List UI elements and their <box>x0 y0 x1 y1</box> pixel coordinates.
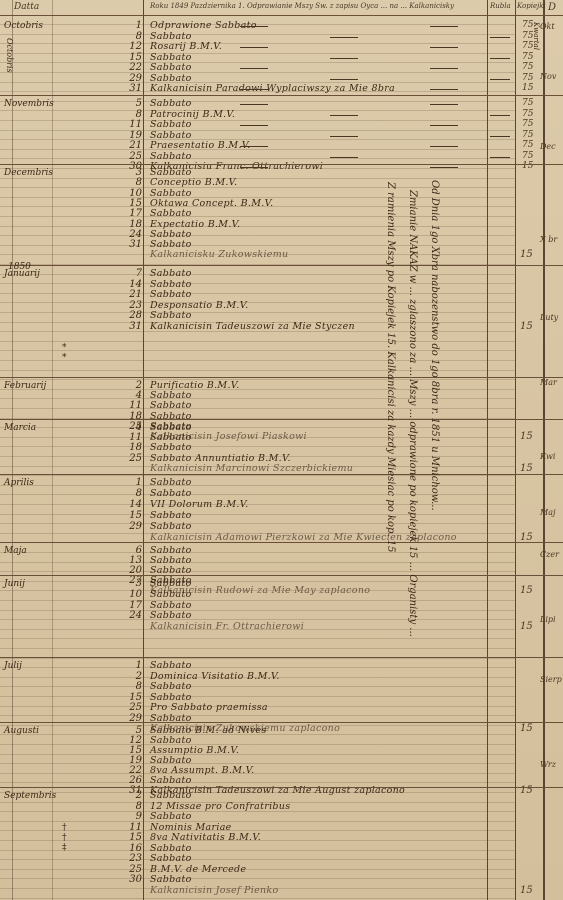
entry-day: 17 <box>100 600 142 611</box>
filler-dash <box>490 79 510 80</box>
entry-text: Desponsatio B.M.V. <box>150 300 249 311</box>
oct-bracket-note: Octobris <box>5 38 14 73</box>
filler-dash <box>490 157 510 158</box>
ruled-line <box>0 149 515 150</box>
entry-text: Kalkanicisin Josef Pienko <box>150 885 279 896</box>
ruled-line <box>0 581 515 582</box>
entry-day: 3 <box>100 578 142 589</box>
ruled-line <box>0 158 515 159</box>
entry-day: 1 <box>100 660 142 671</box>
ruled-line <box>0 571 515 572</box>
kopeck-amount: 75 <box>522 109 533 119</box>
ruled-line <box>0 715 515 716</box>
month-divider <box>0 95 563 96</box>
ruled-line <box>0 130 515 131</box>
filler-dash <box>240 47 268 48</box>
kopeck-amount: 15 <box>522 161 533 171</box>
month-divider <box>0 474 563 475</box>
side-margin-label: X br <box>540 235 557 244</box>
entry-text: 12 Missae pro Confratribus <box>150 801 290 812</box>
entry-text: Sabbato <box>150 130 192 141</box>
ruled-line <box>0 110 515 111</box>
ruled-line <box>0 562 515 563</box>
kopeck-amount: 15 <box>520 321 533 332</box>
month-label: Maja <box>4 546 27 556</box>
entry-text: Sabbato <box>150 477 192 488</box>
vertical-note-3: Z ramienia Mszy po Kopiejek 15. Kalkanic… <box>385 182 396 553</box>
filler-dash <box>330 79 358 80</box>
side-margin-label: Wrz <box>540 760 556 769</box>
kopeck-amount: 15 <box>522 83 533 93</box>
kopeck-amount: 75 <box>522 62 533 72</box>
entry-day: 25 <box>100 453 142 464</box>
ruled-line <box>0 139 515 140</box>
entry-day: 31 <box>100 321 142 332</box>
entry-text: Sabbato <box>150 600 192 611</box>
desc-rubles-divider <box>487 0 488 900</box>
kopeck-amount: 15 <box>520 885 533 896</box>
ruled-line <box>0 850 515 851</box>
entry-day: 23 <box>100 300 142 311</box>
entry-day: 12 <box>100 41 142 52</box>
month-label: Decembris <box>4 168 53 178</box>
month-label: Marcia <box>4 423 36 433</box>
filler-dash <box>490 115 510 116</box>
entry-text: 8va Nativitatis B.M.V. <box>150 832 261 843</box>
filler-dash <box>240 167 268 168</box>
ruled-line <box>0 754 515 755</box>
header-kopecks: Kopiejki <box>517 2 546 10</box>
filler-dash <box>240 146 268 147</box>
entry-day: 8 <box>100 801 142 812</box>
entry-text: Nominis Mariae <box>150 822 232 833</box>
oct-side-note: Kwartal <box>532 22 540 50</box>
entry-day: 8 <box>100 488 142 499</box>
entry-day: 10 <box>100 589 142 600</box>
ruled-line <box>0 178 515 179</box>
kopeck-amount: 75 <box>522 98 533 108</box>
ruled-line <box>0 600 515 601</box>
entry-text: Sabbato <box>150 510 192 521</box>
entry-text: Sabbato <box>150 811 192 822</box>
entry-text: Sabbato <box>150 660 192 671</box>
filler-dash <box>240 26 268 27</box>
entry-day: 31 <box>100 239 142 250</box>
year-marker: 1850 <box>8 262 31 272</box>
filler-dash <box>330 115 358 116</box>
ruled-line <box>0 782 515 783</box>
side-margin-label: Mar <box>540 378 557 387</box>
entry-day: 8 <box>100 109 142 120</box>
entry-text: Sabbato <box>150 610 192 621</box>
entry-text: Sabbato <box>150 52 192 63</box>
month-label: Septembris <box>4 791 56 801</box>
entry-text: Praesentatio B.M.V. <box>150 140 251 151</box>
entry-day: 15 <box>100 832 142 843</box>
entry-day: 11 <box>100 119 142 130</box>
ruled-line <box>0 859 515 860</box>
filler-dash <box>330 37 358 38</box>
filler-dash <box>490 58 510 59</box>
ruled-line <box>0 744 515 745</box>
header-date: Datta <box>14 2 39 12</box>
side-margin-label: Czer <box>540 550 559 559</box>
side-margin-label: Dec <box>540 142 556 151</box>
margin-mark-icon: ‡ <box>62 843 67 853</box>
entry-text: Rosarij B.M.V. <box>150 41 222 52</box>
ruled-line <box>0 53 515 54</box>
entry-day: 22 <box>100 62 142 73</box>
month-label: Aprilis <box>4 478 34 488</box>
ruled-line <box>0 24 515 25</box>
margin-mark-icon: * <box>62 343 67 353</box>
filler-dash <box>430 68 458 69</box>
entry-text: Kalkanicisin Paradowi Wyplaciwszy za Mie… <box>150 83 395 94</box>
kopeck-amount: 15 <box>520 249 533 260</box>
vertical-note-2: Zmianie NAKAZ w ... zglaszono za ... Msz… <box>407 190 418 637</box>
month-divider <box>0 419 563 420</box>
filler-dash <box>490 37 510 38</box>
entry-day: 1 <box>100 477 142 488</box>
filler-dash <box>490 136 510 137</box>
month-label: Junij <box>4 579 25 589</box>
ruled-line <box>0 898 515 899</box>
entry-text: Sabbato <box>150 874 192 885</box>
ruled-line <box>0 696 515 697</box>
entry-day: 21 <box>100 140 142 151</box>
entry-text: Sabbato <box>150 692 192 703</box>
month-label: Augusti <box>4 726 39 736</box>
entry-day: 15 <box>100 510 142 521</box>
side-margin-label: Lipi <box>540 615 556 624</box>
entry-day: 11 <box>100 822 142 833</box>
entry-text: Sabbato <box>150 98 192 109</box>
entry-day: 30 <box>100 874 142 885</box>
entry-day: 28 <box>100 310 142 321</box>
entry-text: Sabbato <box>150 279 192 290</box>
month-label: Julij <box>4 661 22 671</box>
ruled-line <box>0 610 515 611</box>
ruled-line <box>0 638 515 639</box>
entry-day: 25 <box>100 151 142 162</box>
month-divider <box>0 377 563 378</box>
filler-dash <box>430 26 458 27</box>
entry-day: 19 <box>100 130 142 141</box>
ruled-line <box>0 101 515 102</box>
entry-day: 2 <box>100 790 142 801</box>
entry-day: 25 <box>100 702 142 713</box>
header-divider <box>0 15 563 16</box>
month-divider <box>0 787 563 788</box>
ruled-line <box>0 552 515 553</box>
entry-text: Sabbato <box>150 790 192 801</box>
entry-text: Dominica Visitatio B.M.V. <box>150 671 280 682</box>
kopeck-amount: 75 <box>522 73 533 83</box>
ledger-page: Datta Roku 1849 Pazdziernika 1. Odprawia… <box>0 0 563 900</box>
entry-day: 15 <box>100 52 142 63</box>
kopeck-amount: 75 <box>522 130 533 140</box>
month-divider <box>0 575 563 576</box>
entry-text: Sabbato <box>150 310 192 321</box>
month-divider <box>0 265 563 266</box>
entry-day: 5 <box>100 98 142 109</box>
filler-dash <box>240 125 268 126</box>
filler-dash <box>430 167 458 168</box>
filler-dash <box>430 89 458 90</box>
header-description: Roku 1849 Pazdziernika 1. Odprawianie Ms… <box>150 2 480 10</box>
entry-text: VII Dolorum B.M.V. <box>150 499 249 510</box>
rubles-kop-divider <box>515 0 516 900</box>
filler-dash <box>240 68 268 69</box>
entry-day: 24 <box>100 610 142 621</box>
entry-text: Kalkanicisin Fr. Ottrachierowi <box>150 621 304 632</box>
entry-day: 23 <box>100 853 142 864</box>
kopeck-amount: 15 <box>520 585 533 596</box>
entry-day: 29 <box>100 521 142 532</box>
filler-dash <box>330 58 358 59</box>
date-desc-divider <box>143 0 144 900</box>
margin-mark-icon: * <box>62 353 67 363</box>
ruled-line <box>0 821 515 822</box>
month-divider <box>0 542 563 543</box>
margin-line <box>12 0 13 900</box>
entry-text: Sabbato <box>150 31 192 42</box>
entry-text: Sabbato <box>150 488 192 499</box>
kopeck-amount: 75 <box>522 119 533 129</box>
month-divider <box>0 164 563 165</box>
entry-day: 31 <box>100 83 142 94</box>
filler-dash <box>430 146 458 147</box>
entry-text: Kalkanicisin Tadeuszowi za Mie Styczen <box>150 321 355 332</box>
entry-text: B.M.V. de Mercede <box>150 864 246 875</box>
entry-text: Sabbato <box>150 578 192 589</box>
margin-mark-icon: † <box>62 823 67 833</box>
entry-day: 1 <box>100 20 142 31</box>
filler-dash <box>430 104 458 105</box>
entry-day: 25 <box>100 864 142 875</box>
entry-day: 16 <box>100 843 142 854</box>
entry-text: Kalkanicisku Zukowskiemu <box>150 249 288 260</box>
entry-day: 14 <box>100 279 142 290</box>
month-label: Octobris <box>4 21 43 31</box>
ruled-line <box>0 686 515 687</box>
month-label: Februarij <box>4 381 46 391</box>
side-margin-label: Maj <box>540 508 555 517</box>
ruled-line <box>0 43 515 44</box>
ruled-line <box>0 878 515 879</box>
month-divider <box>0 657 563 658</box>
entry-text: Sabbato <box>150 73 192 84</box>
ruled-line <box>0 514 515 515</box>
ruled-line <box>0 34 515 35</box>
ruled-line <box>0 619 515 620</box>
kopeck-amount: 75 <box>522 52 533 62</box>
side-margin-label: Kwi <box>540 452 555 461</box>
entry-text: Sabbato <box>150 119 192 130</box>
entry-day: 15 <box>100 692 142 703</box>
header-next-page: D <box>548 2 556 13</box>
filler-dash <box>330 157 358 158</box>
ruled-line <box>0 648 515 649</box>
entry-day: 8 <box>100 31 142 42</box>
entry-day: 7 <box>100 268 142 279</box>
kopeck-amount: 15 <box>520 431 533 442</box>
ruled-line <box>0 773 515 774</box>
ruled-line <box>0 667 515 668</box>
side-margin-label: Okt <box>540 22 555 31</box>
vertical-note-1: Od Dnia 1go Xbra nabozenstwo do 1go 8bra… <box>429 180 440 511</box>
entry-text: Pro Sabbato praemissa <box>150 702 268 713</box>
kopeck-amount: 75 <box>522 140 533 150</box>
filler-dash <box>330 136 358 137</box>
ruled-line <box>0 62 515 63</box>
side-margin-label: Luty <box>540 313 558 322</box>
entry-text: Sabbato <box>150 151 192 162</box>
kopeck-amount: 75 <box>522 151 533 161</box>
ruled-line <box>0 869 515 870</box>
entry-day: 9 <box>100 811 142 822</box>
entry-text: Kalkanicisin Marcinowi Szczerbickiemu <box>150 463 353 474</box>
entry-text: Sabbato <box>150 589 192 600</box>
entry-day: 29 <box>100 73 142 84</box>
entry-text: Sabbato <box>150 62 192 73</box>
header-rubles: Rubla <box>490 2 511 10</box>
entry-day: 2 <box>100 671 142 682</box>
entry-text: Sabbato <box>150 843 192 854</box>
month-label: Novembris <box>4 99 54 109</box>
entry-day: 14 <box>100 499 142 510</box>
entry-day: 8 <box>100 681 142 692</box>
kopeck-amount: 15 <box>520 621 533 632</box>
filler-dash <box>240 89 268 90</box>
entry-text: Sabbato <box>150 289 192 300</box>
entry-text: Sabbato <box>150 268 192 279</box>
entry-day: 21 <box>100 289 142 300</box>
kopeck-amount: 15 <box>520 463 533 474</box>
filler-dash <box>430 125 458 126</box>
kopeck-amount: 15 <box>520 723 533 734</box>
entry-text: Sabbato <box>150 681 192 692</box>
ruled-line <box>0 763 515 764</box>
filler-dash <box>430 47 458 48</box>
side-margin-label: Sierp <box>540 675 562 684</box>
filler-dash <box>240 104 268 105</box>
margin-mark-icon: † <box>62 833 67 843</box>
month-divider <box>0 722 563 723</box>
side-margin-label: Nov <box>540 72 556 81</box>
ruled-line <box>0 523 515 524</box>
ruled-line <box>0 120 515 121</box>
entry-text: Sabbato <box>150 521 192 532</box>
entry-text: Sabbato <box>150 853 192 864</box>
ruled-line <box>0 72 515 73</box>
entry-text: Patrocinij B.M.V. <box>150 109 235 120</box>
date-col-line <box>52 0 53 900</box>
